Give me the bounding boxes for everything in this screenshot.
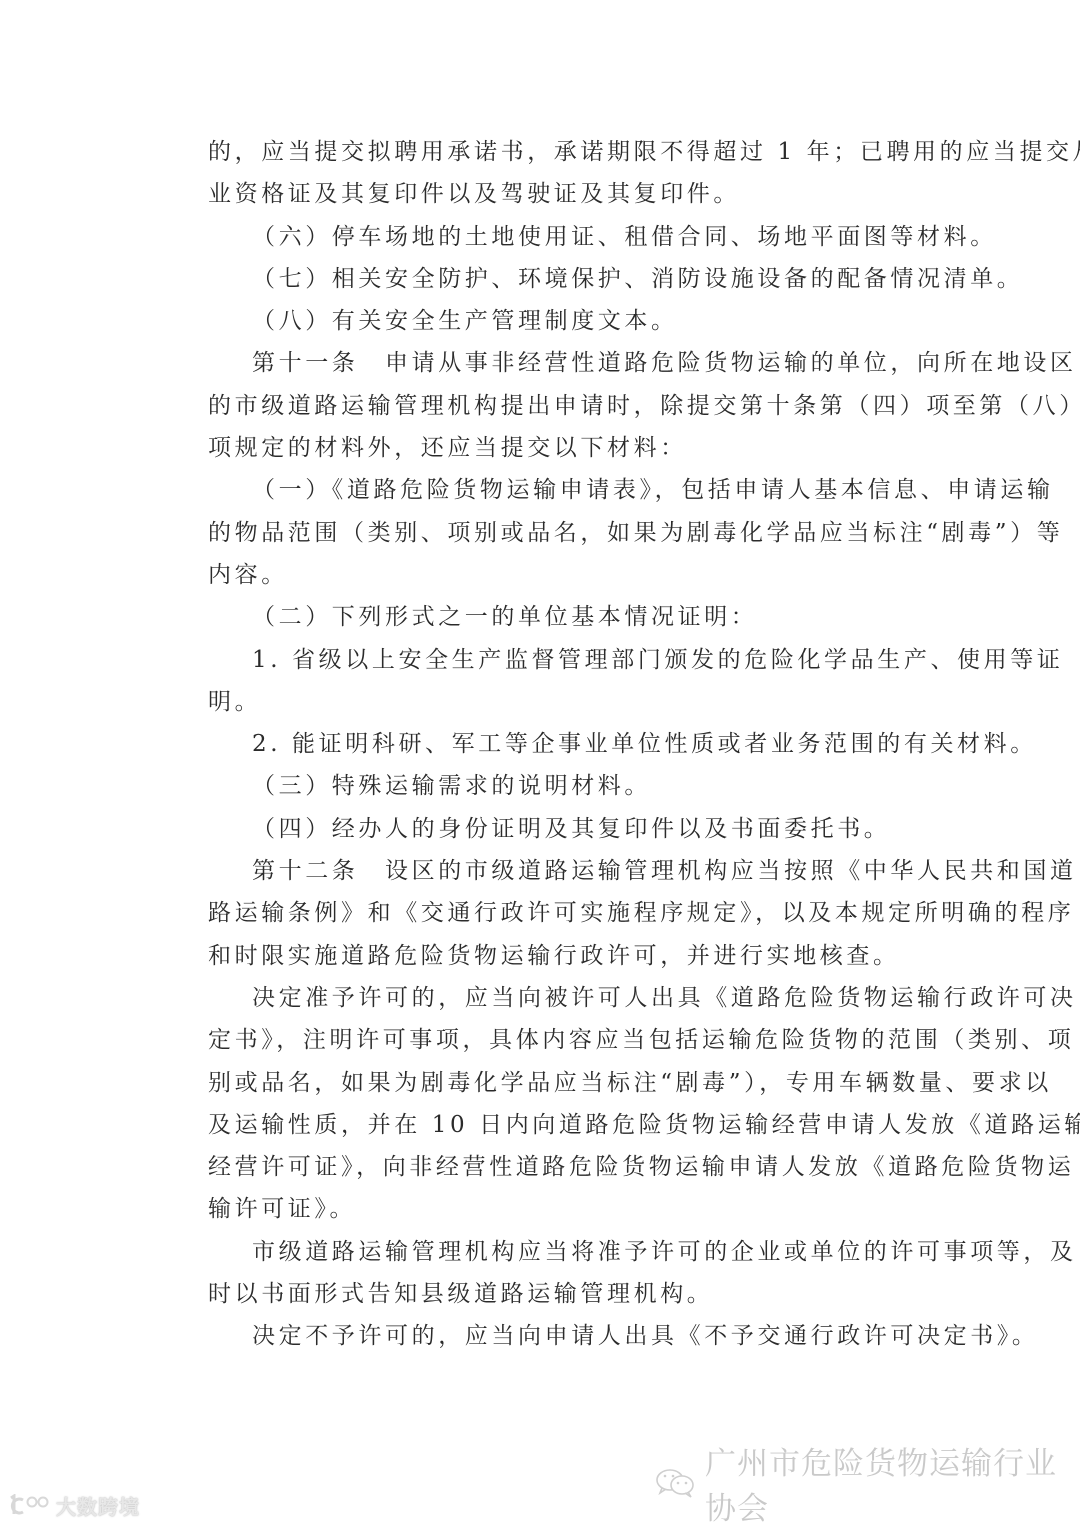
text-line: （三）特殊运输需求的说明材料。 [208, 765, 918, 807]
text-line: （二）下列形式之一的单位基本情况证明： [208, 596, 918, 638]
source-watermark: 大数跨境 [8, 1492, 140, 1518]
text-line: 和时限实施道路危险货物运输行政许可，并进行实地核查。 [208, 935, 918, 977]
text-line: 1. 省级以上安全生产监督管理部门颁发的危险化学品生产、使用等证 [208, 639, 918, 681]
text-line: 第十一条 申请从事非经营性道路危险货物运输的单位，向所在地设区 [208, 342, 918, 384]
text-line: 路运输条例》和《交通行政许可实施程序规定》，以及本规定所明确的程序 [208, 892, 918, 934]
text-line: 内容。 [208, 554, 918, 596]
text-line: 及运输性质，并在 10 日内向道路危险货物运输经营申请人发放《道路运输 [208, 1104, 918, 1146]
text-line: 定书》，注明许可事项，具体内容应当包括运输危险货物的范围（类别、项 [208, 1019, 918, 1061]
text-line: 第十二条 设区的市级道路运输管理机构应当按照《中华人民共和国道 [208, 850, 918, 892]
text-line: （四）经办人的身份证明及其复印件以及书面委托书。 [208, 808, 918, 850]
text-line: 明。 [208, 681, 918, 723]
text-line: 2. 能证明科研、军工等企事业单位性质或者业务范围的有关材料。 [208, 723, 918, 765]
wechat-icon [655, 1467, 697, 1499]
text-line: 的，应当提交拟聘用承诺书，承诺期限不得超过 1 年；已聘用的应当提交从 [208, 131, 918, 173]
document-body: 的，应当提交拟聘用承诺书，承诺期限不得超过 1 年；已聘用的应当提交从业资格证及… [208, 131, 918, 1358]
document-page: 的，应当提交拟聘用承诺书，承诺期限不得超过 1 年；已聘用的应当提交从业资格证及… [0, 0, 1080, 1528]
text-line: 别或品名，如果为剧毒化学品应当标注“剧毒”），专用车辆数量、要求以 [208, 1062, 918, 1104]
wechat-account-name: 广州市危险货物运输行业协会 [705, 1438, 1080, 1528]
text-line: （七）相关安全防护、环境保护、消防设施设备的配备情况清单。 [208, 258, 918, 300]
text-line: 决定不予许可的，应当向申请人出具《不予交通行政许可决定书》。 [208, 1315, 918, 1357]
text-line: 项规定的材料外，还应当提交以下材料： [208, 427, 918, 469]
text-line: 业资格证及其复印件以及驾驶证及其复印件。 [208, 173, 918, 215]
text-line: 市级道路运输管理机构应当将准予许可的企业或单位的许可事项等，及 [208, 1231, 918, 1273]
text-line: 时以书面形式告知县级道路运输管理机构。 [208, 1273, 918, 1315]
1000-logo-icon [8, 1494, 50, 1516]
wechat-account-watermark: 广州市危险货物运输行业协会 [655, 1463, 1080, 1503]
text-line: 的物品范围（类别、项别或品名，如果为剧毒化学品应当标注“剧毒”）等 [208, 512, 918, 554]
text-line: 的市级道路运输管理机构提出申请时，除提交第十条第（四）项至第（八） [208, 385, 918, 427]
text-line: 决定准予许可的，应当向被许可人出具《道路危险货物运输行政许可决 [208, 977, 918, 1019]
text-line: （八）有关安全生产管理制度文本。 [208, 300, 918, 342]
text-line: （一）《道路危险货物运输申请表》，包括申请人基本信息、申请运输 [208, 469, 918, 511]
text-line: （六）停车场地的土地使用证、租借合同、场地平面图等材料。 [208, 216, 918, 258]
text-line: 输许可证》。 [208, 1188, 918, 1230]
source-watermark-text: 大数跨境 [56, 1491, 140, 1520]
text-line: 经营许可证》，向非经营性道路危险货物运输申请人发放《道路危险货物运 [208, 1146, 918, 1188]
